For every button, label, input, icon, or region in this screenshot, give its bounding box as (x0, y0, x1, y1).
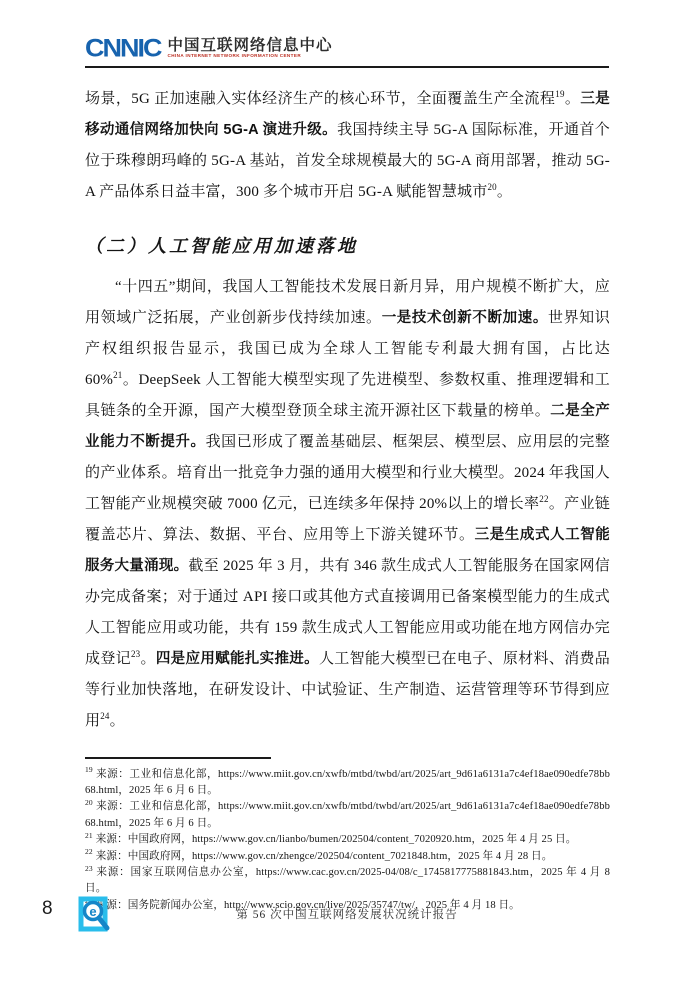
footnote-number: 20 (85, 798, 93, 807)
footnote-text: 来源：中国政府网，https://www.gov.cn/lianbo/bumen… (96, 834, 577, 845)
org-names: 中国互联网络信息中心 CHINA INTERNET NETWORK INFORM… (168, 36, 333, 59)
text-run: 。DeepSeek 人工智能大模型实现了先进模型、参数权重、推理逻辑和工具链条的… (85, 372, 610, 419)
page-body: 场景，5G 正加速融入实体经济生产的核心环节，全面覆盖生产全流程19。三是移动通… (85, 84, 610, 737)
header-divider (85, 66, 609, 68)
footnote-text: 来源：工业和信息化部，https://www.miit.gov.cn/xwfb/… (85, 801, 610, 828)
page-header: CNNIC 中国互联网络信息中心 CHINA INTERNET NETWORK … (85, 36, 609, 62)
paragraph-ai-applications: “十四五”期间，我国人工智能技术发展日新月异，用户规模不断扩大，应用领域广泛拓展… (85, 272, 610, 737)
footnote-section: 19来源：工业和信息化部，https://www.miit.gov.cn/xwf… (85, 757, 610, 914)
footnote-reference: 20 (487, 182, 496, 192)
cnnic-logo: CNNIC (85, 37, 161, 59)
footnote-item: 20来源：工业和信息化部，https://www.miit.gov.cn/xwf… (85, 799, 610, 832)
report-title: 第 56 次中国互联网络发展状况统计报告 (0, 906, 694, 922)
text-run: 。 (565, 91, 581, 107)
emphasis-run: 四是应用赋能扎实推进。 (156, 651, 319, 667)
document-page: CNNIC 中国互联网络信息中心 CHINA INTERNET NETWORK … (0, 0, 694, 982)
footnotes-list: 19来源：工业和信息化部，https://www.miit.gov.cn/xwf… (85, 767, 610, 915)
footnote-text: 来源：国家互联网信息办公室，https://www.cac.gov.cn/202… (85, 867, 610, 894)
footnote-reference: 24 (100, 711, 109, 721)
footnote-number: 23 (85, 864, 93, 873)
footnote-item: 23来源：国家互联网信息办公室，https://www.cac.gov.cn/2… (85, 865, 610, 898)
footnote-item: 22来源：中国政府网，https://www.gov.cn/zhengce/20… (85, 849, 610, 865)
text-run: 。 (110, 713, 125, 729)
emphasis-run: 一是技术创新不断加速。 (382, 310, 548, 326)
org-name-en: CHINA INTERNET NETWORK INFORMATION CENTE… (168, 53, 333, 59)
footnote-reference: 21 (113, 370, 122, 380)
footnote-text: 来源：工业和信息化部，https://www.miit.gov.cn/xwfb/… (85, 769, 610, 796)
footnote-number: 21 (85, 831, 93, 840)
footnote-reference: 23 (131, 649, 140, 659)
text-run: 。 (497, 184, 512, 200)
org-name-cn: 中国互联网络信息中心 (168, 38, 333, 53)
text-run: 。 (140, 651, 155, 667)
footnote-number: 22 (85, 847, 93, 856)
section-heading: （二）人工智能应用加速落地 (85, 232, 610, 258)
text-run: 场景，5G 正加速融入实体经济生产的核心环节，全面覆盖生产全流程 (85, 91, 555, 107)
footnote-reference: 19 (555, 89, 564, 99)
footnote-item: 19来源：工业和信息化部，https://www.miit.gov.cn/xwf… (85, 767, 610, 800)
footnote-item: 21来源：中国政府网，https://www.gov.cn/lianbo/bum… (85, 832, 610, 848)
footnote-divider (85, 757, 271, 759)
footnote-text: 来源：中国政府网，https://www.gov.cn/zhengce/2025… (96, 851, 553, 862)
paragraph-5g-continuation: 场景，5G 正加速融入实体经济生产的核心环节，全面覆盖生产全流程19。三是移动通… (85, 84, 610, 208)
footnote-reference: 22 (539, 494, 548, 504)
footnote-number: 19 (85, 765, 93, 774)
